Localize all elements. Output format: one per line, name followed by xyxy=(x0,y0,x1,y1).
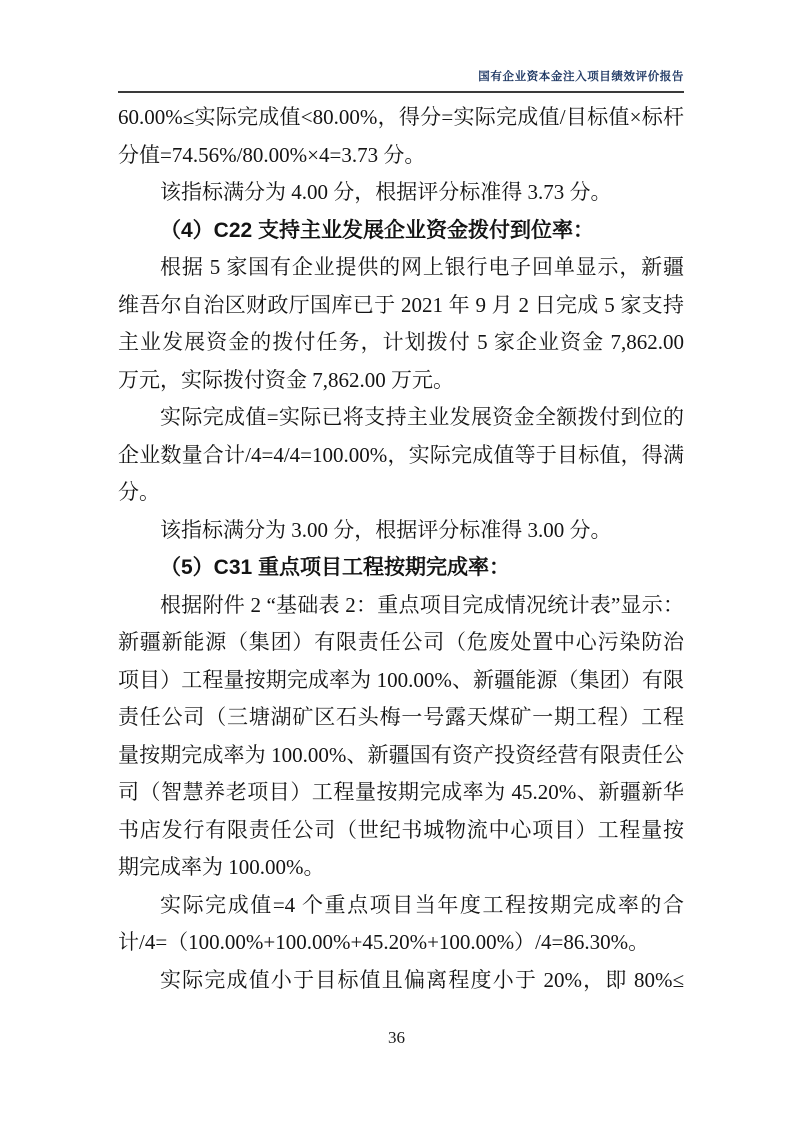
body-paragraph: 实际完成值=4 个重点项目当年度工程按期完成率的合计/4=（100.00%+10… xyxy=(118,887,684,962)
body-paragraph: 实际完成值小于目标值且偏离程度小于 20%，即 80%≤ xyxy=(118,962,684,1000)
section-heading: （5）C31 重点项目工程按期完成率： xyxy=(118,549,684,587)
body-paragraph: 该指标满分为 3.00 分，根据评分标准得 3.00 分。 xyxy=(118,512,684,550)
body-paragraph: 该指标满分为 4.00 分，根据评分标准得 3.73 分。 xyxy=(118,174,684,212)
header-title: 国有企业资本金注入项目绩效评价报告 xyxy=(478,71,684,83)
page-header: 国有企业资本金注入项目绩效评价报告 xyxy=(118,68,684,93)
page-footer: 36 xyxy=(0,1028,793,1048)
body-paragraph: 根据附件 2 “基础表 2：重点项目完成情况统计表”显示：新疆新能源（集团）有限… xyxy=(118,587,684,887)
body-paragraph: 根据 5 家国有企业提供的网上银行电子回单显示，新疆维吾尔自治区财政厅国库已于 … xyxy=(118,249,684,399)
body-paragraph: 实际完成值=实际已将支持主业发展资金全额拨付到位的企业数量合计/4=4/4=10… xyxy=(118,399,684,512)
section-heading: （4）C22 支持主业发展企业资金拨付到位率： xyxy=(118,212,684,250)
page-number: 36 xyxy=(388,1028,405,1047)
body-paragraph: 60.00%≤实际完成值<80.00%，得分=实际完成值/目标值×标杆分值=74… xyxy=(118,99,684,174)
document-body: 60.00%≤实际完成值<80.00%，得分=实际完成值/目标值×标杆分值=74… xyxy=(118,99,684,999)
document-page: 国有企业资本金注入项目绩效评价报告 60.00%≤实际完成值<80.00%，得分… xyxy=(0,0,793,1122)
